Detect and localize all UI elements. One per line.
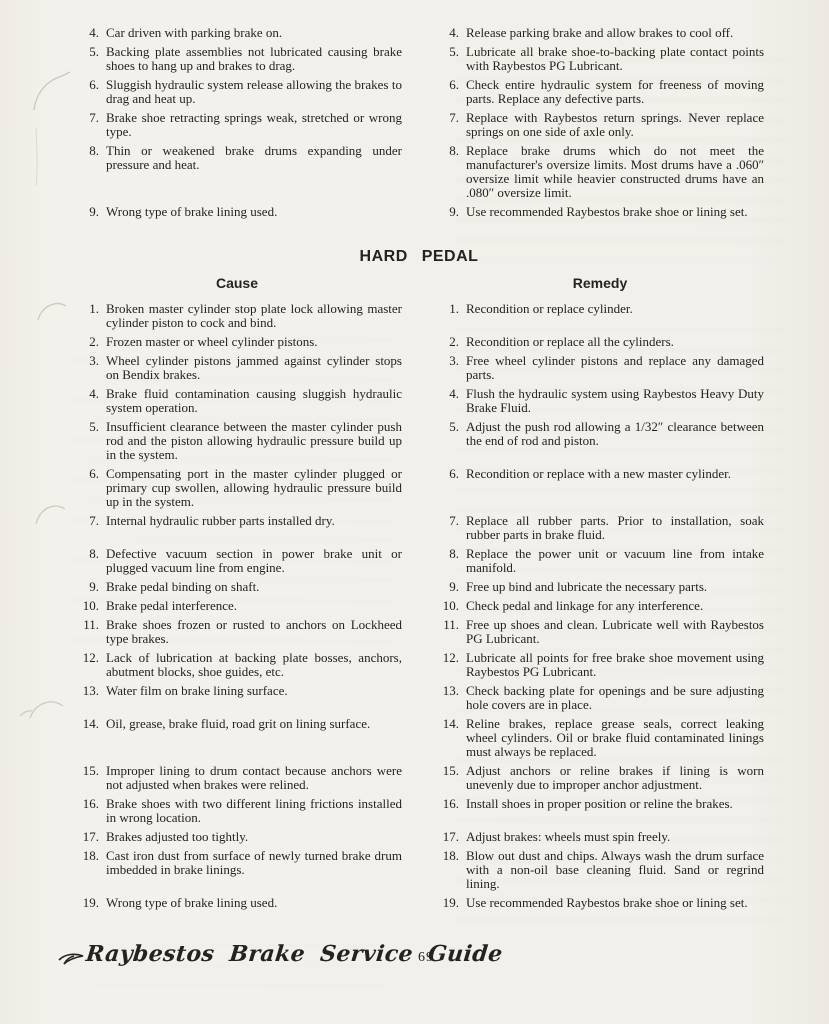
cause-text: Cast iron dust from surface of newly tur… [106,849,402,891]
table-row: 9. Brake pedal binding on shaft. 9. Free… [72,580,766,594]
table-row: 14. Oil, grease, brake fluid, road grit … [72,717,766,759]
cause-item-number: 13. [72,684,106,712]
remedy-item-number: 2. [436,335,466,349]
column-header-cause: Cause [72,275,402,291]
cause-item-number: 19. [72,896,106,910]
remedy-text: Recondition or replace with a new master… [466,467,764,509]
remedy-text: Lubricate all points for free brake shoe… [466,651,764,679]
page-number: 69 [418,950,434,966]
remedy-text: Replace the power unit or vacuum line fr… [466,547,764,575]
remedy-text: Use recommended Raybestos brake shoe or … [466,896,764,910]
cause-item-number: 5. [72,420,106,462]
cause-text: Wheel cylinder pistons jammed against cy… [106,354,402,382]
remedy-item-number: 6. [436,78,466,106]
table-row: 11. Brake shoes frozen or rusted to anch… [72,618,766,646]
cause-text: Brake shoes with two different lining fr… [106,797,402,825]
cause-text: Sluggish hydraulic system release allowi… [106,78,402,106]
remedy-text: Check entire hydraulic system for freene… [466,78,764,106]
cause-text: Internal hydraulic rubber parts installe… [106,514,402,542]
remedy-item-number: 4. [436,387,466,415]
remedy-item-number: 17. [436,830,466,844]
remedy-item-number: 1. [436,302,466,330]
remedy-text: Adjust brakes: wheels must spin freely. [466,830,764,844]
cause-text: Wrong type of brake lining used. [106,205,402,219]
table-row: 4. Brake fluid contamination causing slu… [72,387,766,415]
remedy-text: Lubricate all brake shoe-to-backing plat… [466,45,764,73]
remedy-text: Replace with Raybestos return springs. N… [466,111,764,139]
remedy-text: Adjust anchors or reline brakes if linin… [466,764,764,792]
remedy-item-number: 11. [436,618,466,646]
page-content: 4. Car driven with parking brake on. 4. … [0,0,766,910]
cause-text: Brake fluid contamination causing sluggi… [106,387,402,415]
remedy-item-number: 9. [436,580,466,594]
cause-text: Car driven with parking brake on. [106,26,402,40]
remedy-item-number: 6. [436,467,466,509]
remedy-item-number: 16. [436,797,466,825]
remedy-item-number: 5. [436,45,466,73]
cause-text: Compensating port in the master cylinder… [106,467,402,509]
remedy-text: Check backing plate for openings and be … [466,684,764,712]
table-row: 10. Brake pedal interference. 10. Check … [72,599,766,613]
footer-brand-script: Raybestos Brake Service Guide [85,941,504,967]
cause-text: Frozen master or wheel cylinder pistons. [106,335,402,349]
remedy-item-number: 18. [436,849,466,891]
remedy-text: Free up shoes and clean. Lubricate well … [466,618,764,646]
remedy-text: Use recommended Raybestos brake shoe or … [466,205,764,219]
table-row: 5. Backing plate assemblies not lubricat… [72,45,766,73]
cause-item-number: 4. [72,26,106,40]
cause-text: Brake pedal binding on shaft. [106,580,402,594]
cause-item-number: 4. [72,387,106,415]
remedy-item-number: 5. [436,420,466,462]
remedy-text: Blow out dust and chips. Always wash the… [466,849,764,891]
remedy-text: Release parking brake and allow brakes t… [466,26,764,40]
remedy-text: Recondition or replace cylinder. [466,302,764,330]
remedy-text: Check pedal and linkage for any interfer… [466,599,764,613]
cause-item-number: 15. [72,764,106,792]
table-row: 8. Thin or weakened brake drums expandin… [72,144,766,200]
remedy-item-number: 7. [436,111,466,139]
page-footer: Raybestos Brake Service Guide [58,941,758,967]
cause-item-number: 10. [72,599,106,613]
table-row: 16. Brake shoes with two different linin… [72,797,766,825]
remedy-text: Recondition or replace all the cylinders… [466,335,764,349]
remedy-text: Install shoes in proper position or reli… [466,797,764,825]
cause-text: Brake pedal interference. [106,599,402,613]
table-row: 8. Defective vacuum section in power bra… [72,547,766,575]
cause-text: Defective vacuum section in power brake … [106,547,402,575]
remedy-item-number: 7. [436,514,466,542]
remedy-text: Reline brakes, replace grease seals, cor… [466,717,764,759]
cause-item-number: 17. [72,830,106,844]
table-row: 12. Lack of lubrication at backing plate… [72,651,766,679]
table-row: 2. Frozen master or wheel cylinder pisto… [72,335,766,349]
column-header-remedy: Remedy [436,275,764,291]
remedy-item-number: 10. [436,599,466,613]
cause-text: Thin or weakened brake drums expanding u… [106,144,402,200]
remedy-item-number: 14. [436,717,466,759]
remedy-text: Free up bind and lubricate the necessary… [466,580,764,594]
continued-cause-remedy-section: 4. Car driven with parking brake on. 4. … [72,26,766,219]
swash-icon [58,951,84,965]
remedy-item-number: 13. [436,684,466,712]
cause-item-number: 18. [72,849,106,891]
cause-text: Broken master cylinder stop plate lock a… [106,302,402,330]
cause-text: Brakes adjusted too tightly. [106,830,402,844]
cause-item-number: 16. [72,797,106,825]
remedy-item-number: 8. [436,144,466,200]
cause-text: Insufficient clearance between the maste… [106,420,402,462]
table-row: 6. Sluggish hydraulic system release all… [72,78,766,106]
cause-item-number: 7. [72,111,106,139]
cause-item-number: 11. [72,618,106,646]
cause-text: Backing plate assemblies not lubricated … [106,45,402,73]
table-row: 13. Water film on brake lining surface. … [72,684,766,712]
remedy-item-number: 12. [436,651,466,679]
remedy-text: Adjust the push rod allowing a 1/32″ cle… [466,420,764,462]
table-row: 9. Wrong type of brake lining used. 9. U… [72,205,766,219]
cause-item-number: 3. [72,354,106,382]
cause-text: Brake shoes frozen or rusted to anchors … [106,618,402,646]
cause-item-number: 8. [72,547,106,575]
cause-item-number: 1. [72,302,106,330]
table-row: 15. Improper lining to drum contact beca… [72,764,766,792]
table-row: 4. Car driven with parking brake on. 4. … [72,26,766,40]
remedy-text: Free wheel cylinder pistons and replace … [466,354,764,382]
remedy-item-number: 4. [436,26,466,40]
remedy-item-number: 8. [436,547,466,575]
remedy-item-number: 3. [436,354,466,382]
remedy-text: Replace brake drums which do not meet th… [466,144,764,200]
table-row: 7. Internal hydraulic rubber parts insta… [72,514,766,542]
table-row: 1. Broken master cylinder stop plate loc… [72,302,766,330]
cause-text: Improper lining to drum contact because … [106,764,402,792]
table-row: 7. Brake shoe retracting springs weak, s… [72,111,766,139]
cause-text: Brake shoe retracting springs weak, stre… [106,111,402,139]
cause-text: Wrong type of brake lining used. [106,896,402,910]
scanned-page: 4. Car driven with parking brake on. 4. … [0,0,829,1024]
table-row: 17. Brakes adjusted too tightly. 17. Adj… [72,830,766,844]
cause-text: Oil, grease, brake fluid, road grit on l… [106,717,402,759]
cause-item-number: 6. [72,467,106,509]
cause-item-number: 7. [72,514,106,542]
column-headers: Cause Remedy [72,275,766,291]
table-row: 19. Wrong type of brake lining used. 19.… [72,896,766,910]
table-row: 5. Insufficient clearance between the ma… [72,420,766,462]
cause-item-number: 14. [72,717,106,759]
remedy-text: Replace all rubber parts. Prior to insta… [466,514,764,542]
cause-item-number: 9. [72,580,106,594]
table-row: 18. Cast iron dust from surface of newly… [72,849,766,891]
cause-item-number: 2. [72,335,106,349]
remedy-text: Flush the hydraulic system using Raybest… [466,387,764,415]
table-row: 3. Wheel cylinder pistons jammed against… [72,354,766,382]
remedy-item-number: 15. [436,764,466,792]
remedy-item-number: 9. [436,205,466,219]
cause-text: Water film on brake lining surface. [106,684,402,712]
section-title: HARD PEDAL [72,248,766,266]
remedy-item-number: 19. [436,896,466,910]
table-row: 6. Compensating port in the master cylin… [72,467,766,509]
cause-item-number: 9. [72,205,106,219]
cause-item-number: 8. [72,144,106,200]
cause-item-number: 5. [72,45,106,73]
hard-pedal-section: HARD PEDAL Cause Remedy 1. Broken master… [72,248,766,910]
cause-item-number: 12. [72,651,106,679]
cause-text: Lack of lubrication at backing plate bos… [106,651,402,679]
cause-item-number: 6. [72,78,106,106]
